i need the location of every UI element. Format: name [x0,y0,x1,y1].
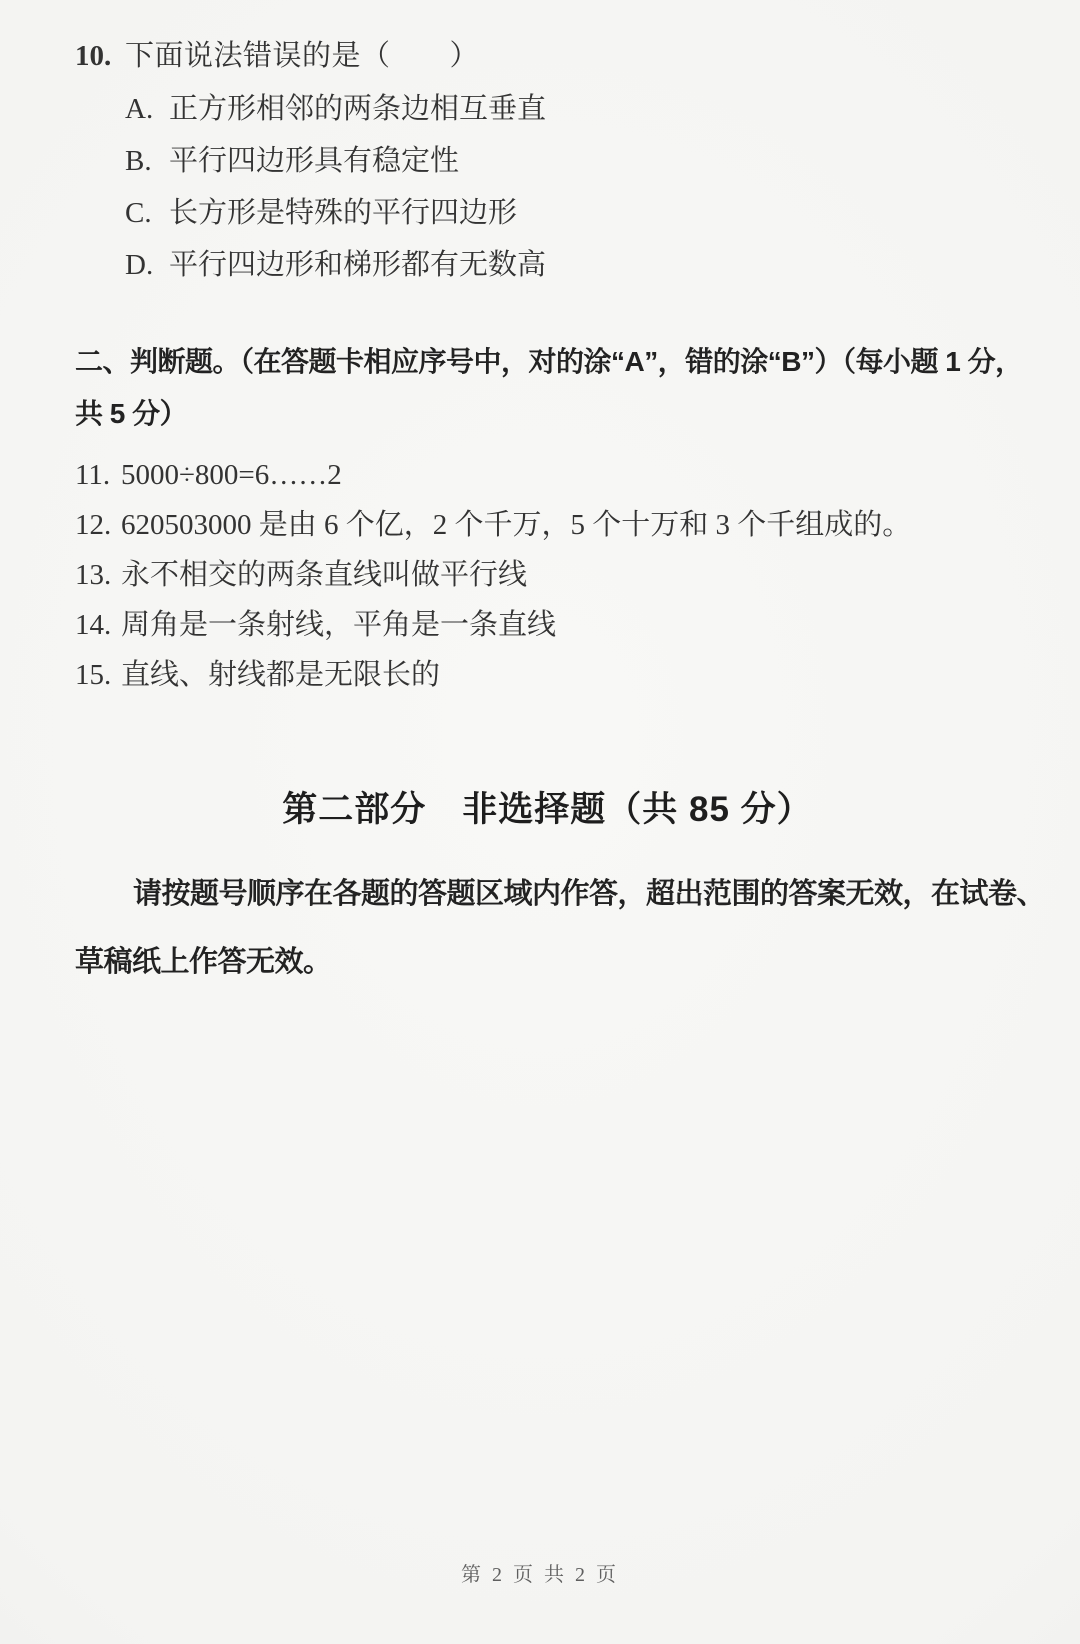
option-text: 正方形相邻的两条边相互垂直 [169,94,546,124]
item-text: 5000÷800=6……2 [121,460,342,490]
item-text: 直线、射线都是无限长的 [121,660,440,690]
part-2-title: 第二部分 非选择题（共 85 分） [75,790,1020,830]
option-text: 平行四边形具有稳定性 [169,146,459,176]
footer-page-indicator: 第 2 页 共 2 页 [0,1558,1080,1587]
instruction-line-1: 请按题号顺序在各题的答题区域内作答，超出范围的答案无效，在试卷、 [75,860,1020,928]
item-text: 620503000 是由 6 个亿，2 个千万，5 个十万和 3 个千组成的。 [121,510,911,540]
exam-page: 10. 下面说法错误的是（ ） A. 正方形相邻的两条边相互垂直 B. 平行四边… [0,0,1080,1644]
item-text: 永不相交的两条直线叫做平行线 [121,560,527,590]
section-2-heading: 二、判断题。（在答题卡相应序号中，对的涂“A”，错的涂“B”）（每小题 1 分，… [75,336,1020,440]
option-label: A. [125,94,169,124]
option-c: C. 长方形是特殊的平行四边形 [125,198,1020,228]
option-a: A. 正方形相邻的两条边相互垂直 [125,94,1020,124]
tf-item-13: 13. 永不相交的两条直线叫做平行线 [75,560,1020,590]
tf-item-12: 12. 620503000 是由 6 个亿，2 个千万，5 个十万和 3 个千组… [75,510,1020,540]
item-number: 15. [75,660,121,690]
item-number: 14. [75,610,121,640]
option-text: 长方形是特殊的平行四边形 [169,198,517,228]
option-label: D. [125,250,169,280]
option-label: B. [125,146,169,176]
section-heading-line-2: 共 5 分） [75,388,1020,440]
question-10-head: 10. 下面说法错误的是（ ） [75,40,1020,72]
instruction-line-2: 草稿纸上作答无效。 [75,928,1020,996]
item-number: 11. [75,460,121,490]
true-false-items: 11. 5000÷800=6……2 12. 620503000 是由 6 个亿，… [75,460,1020,690]
question-10-options: A. 正方形相邻的两条边相互垂直 B. 平行四边形具有稳定性 C. 长方形是特殊… [125,94,1020,280]
tf-item-14: 14. 周角是一条射线，平角是一条直线 [75,610,1020,640]
tf-item-11: 11. 5000÷800=6……2 [75,460,1020,490]
question-stem: 下面说法错误的是（ ） [125,40,479,72]
option-b: B. 平行四边形具有稳定性 [125,146,1020,176]
item-number: 13. [75,560,121,590]
option-label: C. [125,198,169,228]
question-number: 10. [75,40,125,72]
item-text: 周角是一条射线，平角是一条直线 [121,610,556,640]
section-heading-line-1: 二、判断题。（在答题卡相应序号中，对的涂“A”，错的涂“B”）（每小题 1 分， [75,336,1020,388]
question-10: 10. 下面说法错误的是（ ） A. 正方形相邻的两条边相互垂直 B. 平行四边… [75,40,1020,280]
item-number: 12. [75,510,121,540]
option-d: D. 平行四边形和梯形都有无数高 [125,250,1020,280]
tf-item-15: 15. 直线、射线都是无限长的 [75,660,1020,690]
part-2-instructions: 请按题号顺序在各题的答题区域内作答，超出范围的答案无效，在试卷、 草稿纸上作答无… [75,860,1020,996]
option-text: 平行四边形和梯形都有无数高 [169,250,546,280]
